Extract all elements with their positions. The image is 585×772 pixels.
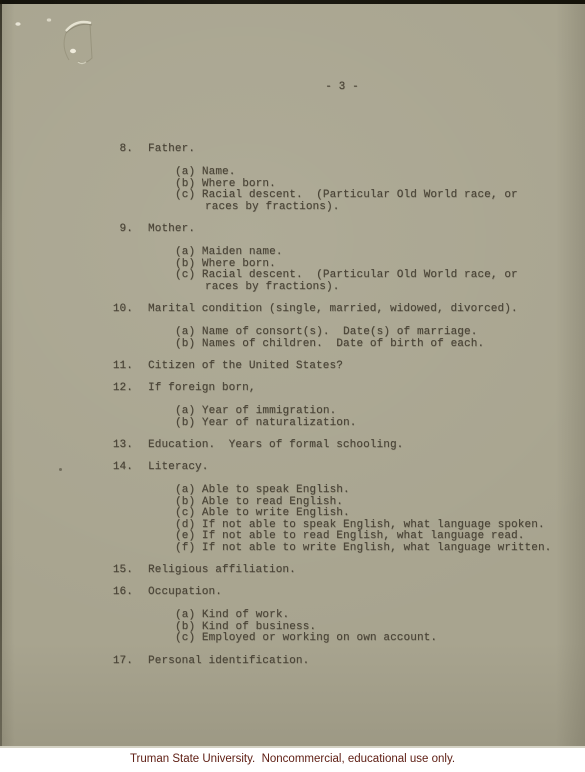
item-number: 14. [99,461,133,473]
sub-item-line: (c) Able to write English. [175,508,585,520]
sub-item-list: (a) Kind of work.(b) Kind of business.(c… [99,610,585,645]
item-number: 8. [99,143,133,155]
item-title: Occupation. [148,586,222,598]
item-number: 13. [99,439,133,451]
item-title-line: 11.Citizen of the United States? [99,360,585,372]
list-item: 10.Marital condition (single, married, w… [99,303,585,350]
item-title: Personal identification. [148,655,309,667]
sub-item-list: (a) Year of immigration.(b) Year of natu… [99,406,585,429]
sub-item-list: (a) Name of consort(s). Date(s) of marri… [99,327,585,350]
sub-item-line: (f) If not able to write English, what l… [175,543,585,555]
list-item: 11.Citizen of the United States? [99,360,585,372]
item-title-line: 10.Marital condition (single, married, w… [99,303,585,315]
item-title: Marital condition (single, married, wido… [148,303,518,315]
item-title-line: 14.Literacy. [99,461,585,473]
page-number: - 3 - [99,80,585,94]
sub-item-line: races by fractions). [175,282,585,294]
list-item: 15.Religious affiliation. [99,564,585,576]
sub-item-line: races by fractions). [175,202,585,214]
sub-item-line: (a) Name of consort(s). Date(s) of marri… [175,327,585,339]
item-title-line: 8.Father. [99,143,585,155]
list-item: 16.Occupation.(a) Kind of work.(b) Kind … [99,586,585,645]
item-title-line: 12.If foreign born, [99,382,585,394]
sub-item-line: (a) Maiden name. [175,247,585,259]
item-number: 10. [99,303,133,315]
typewritten-document: - 3 - 8.Father.(a) Name.(b) Where born.(… [0,0,585,693]
sub-item-line: (a) Year of immigration. [175,406,585,418]
sub-item-line: (c) Racial descent. (Particular Old Worl… [175,270,585,282]
list-item: 8.Father.(a) Name.(b) Where born.(c) Rac… [99,143,585,213]
item-list: 8.Father.(a) Name.(b) Where born.(c) Rac… [99,143,585,667]
item-number: 12. [99,382,133,394]
item-title: Father. [148,143,195,155]
list-item: 13.Education. Years of formal schooling. [99,439,585,451]
sub-item-line: (e) If not able to read English, what la… [175,531,585,543]
sub-item-line: (b) Year of naturalization. [175,418,585,430]
sub-item-line: (a) Able to speak English. [175,485,585,497]
scanned-page: - 3 - 8.Father.(a) Name.(b) Where born.(… [0,0,585,748]
item-title: Literacy. [148,461,209,473]
item-title: If foreign born, [148,382,256,394]
item-title-line: 16.Occupation. [99,586,585,598]
item-number: 9. [99,223,133,235]
sub-item-line: (b) Names of children. Date of birth of … [175,339,585,351]
sub-item-line: (a) Kind of work. [175,610,585,622]
sub-item-line: (c) Racial descent. (Particular Old Worl… [175,190,585,202]
item-title-line: 15.Religious affiliation. [99,564,585,576]
item-title: Education. Years of formal schooling. [148,439,403,451]
item-number: 17. [99,655,133,667]
item-title-line: 9.Mother. [99,223,585,235]
item-title: Citizen of the United States? [148,360,343,372]
list-item: 12.If foreign born,(a) Year of immigrati… [99,382,585,429]
item-title-line: 17.Personal identification. [99,655,585,667]
sub-item-line: (c) Employed or working on own account. [175,633,585,645]
item-number: 11. [99,360,133,372]
sub-item-list: (a) Able to speak English.(b) Able to re… [99,485,585,554]
list-item: 9.Mother.(a) Maiden name.(b) Where born.… [99,223,585,293]
item-title: Religious affiliation. [148,564,296,576]
archive-caption: Truman State University. Noncommercial, … [0,748,585,772]
list-item: 17.Personal identification. [99,655,585,667]
sub-item-line: (a) Name. [175,167,585,179]
sub-item-list: (a) Maiden name.(b) Where born.(c) Racia… [99,247,585,293]
item-number: 15. [99,564,133,576]
item-title-line: 13.Education. Years of formal schooling. [99,439,585,451]
item-title: Mother. [148,223,195,235]
item-number: 16. [99,586,133,598]
list-item: 14.Literacy.(a) Able to speak English.(b… [99,461,585,554]
sub-item-list: (a) Name.(b) Where born.(c) Racial desce… [99,167,585,213]
